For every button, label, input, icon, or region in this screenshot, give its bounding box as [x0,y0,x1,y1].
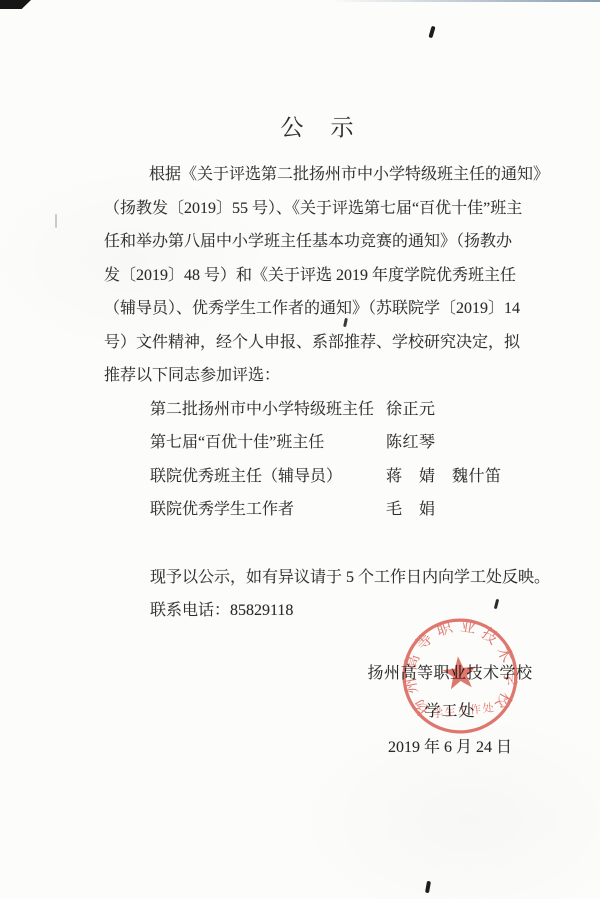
nomination-category: 联院优秀学生工作者 [150,493,386,527]
nomination-names: 徐正元 [386,393,436,427]
nomination-row: 联院优秀班主任（辅导员） 蒋 婧 魏什笛 [104,460,540,494]
nomination-names: 陈红琴 [386,426,436,460]
scan-corner-artifact [0,0,31,9]
contact-phone-line: 联系电话：85829118 [104,594,540,628]
signature-block: 扬州高等职业技术学校 学工处 2019 年 6 月 24 日 [330,660,570,757]
nomination-names: 毛 娟 [386,493,436,527]
notice-body-line: 发〔2019〕48 号）和《关于评选 2019 年度学院优秀班主任 [104,259,540,293]
closing-line: 现予以公示，如有异议请于 5 个工作日内向学工处反映。 [104,561,540,595]
scan-edge-dash [55,214,57,228]
nomination-category: 第七届“百优十佳”班主任 [150,426,386,460]
signature-org: 扬州高等职业技术学校 [330,660,570,683]
nomination-row: 第七届“百优十佳”班主任 陈红琴 [104,426,540,460]
notice-body: 根据《关于评选第二批扬州市中小学特级班主任的通知》（扬教发〔2019〕55 号）… [104,158,540,393]
notice-body-line: （辅导员）、优秀学生工作者的通知》（苏联院学〔2019〕14 [104,292,540,326]
notice-body-line: 号）文件精神，经个人申报、系部推荐、学校研究决定，拟 [104,326,540,360]
notice-content: 根据《关于评选第二批扬州市中小学特级班主任的通知》（扬教发〔2019〕55 号）… [104,158,540,628]
scan-ink-mark [428,26,435,39]
nomination-list: 第二批扬州市中小学特级班主任 徐正元 第七届“百优十佳”班主任 陈红琴 联院优秀… [104,393,540,527]
scanned-notice-page: 公 示 根据《关于评选第二批扬州市中小学特级班主任的通知》（扬教发〔2019〕5… [0,0,600,899]
nomination-names: 蒋 婧 魏什笛 [386,460,502,494]
nomination-row: 第二批扬州市中小学特级班主任 徐正元 [104,393,540,427]
scan-edge-line [330,0,600,2]
nomination-category: 第二批扬州市中小学特级班主任 [150,393,386,427]
notice-body-line: 根据《关于评选第二批扬州市中小学特级班主任的通知》 [104,158,540,192]
nomination-row: 联院优秀学生工作者 毛 娟 [104,493,540,527]
notice-body-line: 推荐以下同志参加评选： [104,359,540,393]
notice-body-line: （扬教发〔2019〕55 号）、《关于评选第七届“百优十佳”班主 [104,192,540,226]
signature-date: 2019 年 6 月 24 日 [330,734,570,757]
nomination-category: 联院优秀班主任（辅导员） [150,460,386,494]
notice-title: 公 示 [18,109,600,142]
signature-dept: 学工处 [330,698,570,721]
scan-ink-mark [425,881,431,894]
notice-body-line: 任和举办第八届中小学班主任基本功竞赛的通知》（扬教办 [104,225,540,259]
